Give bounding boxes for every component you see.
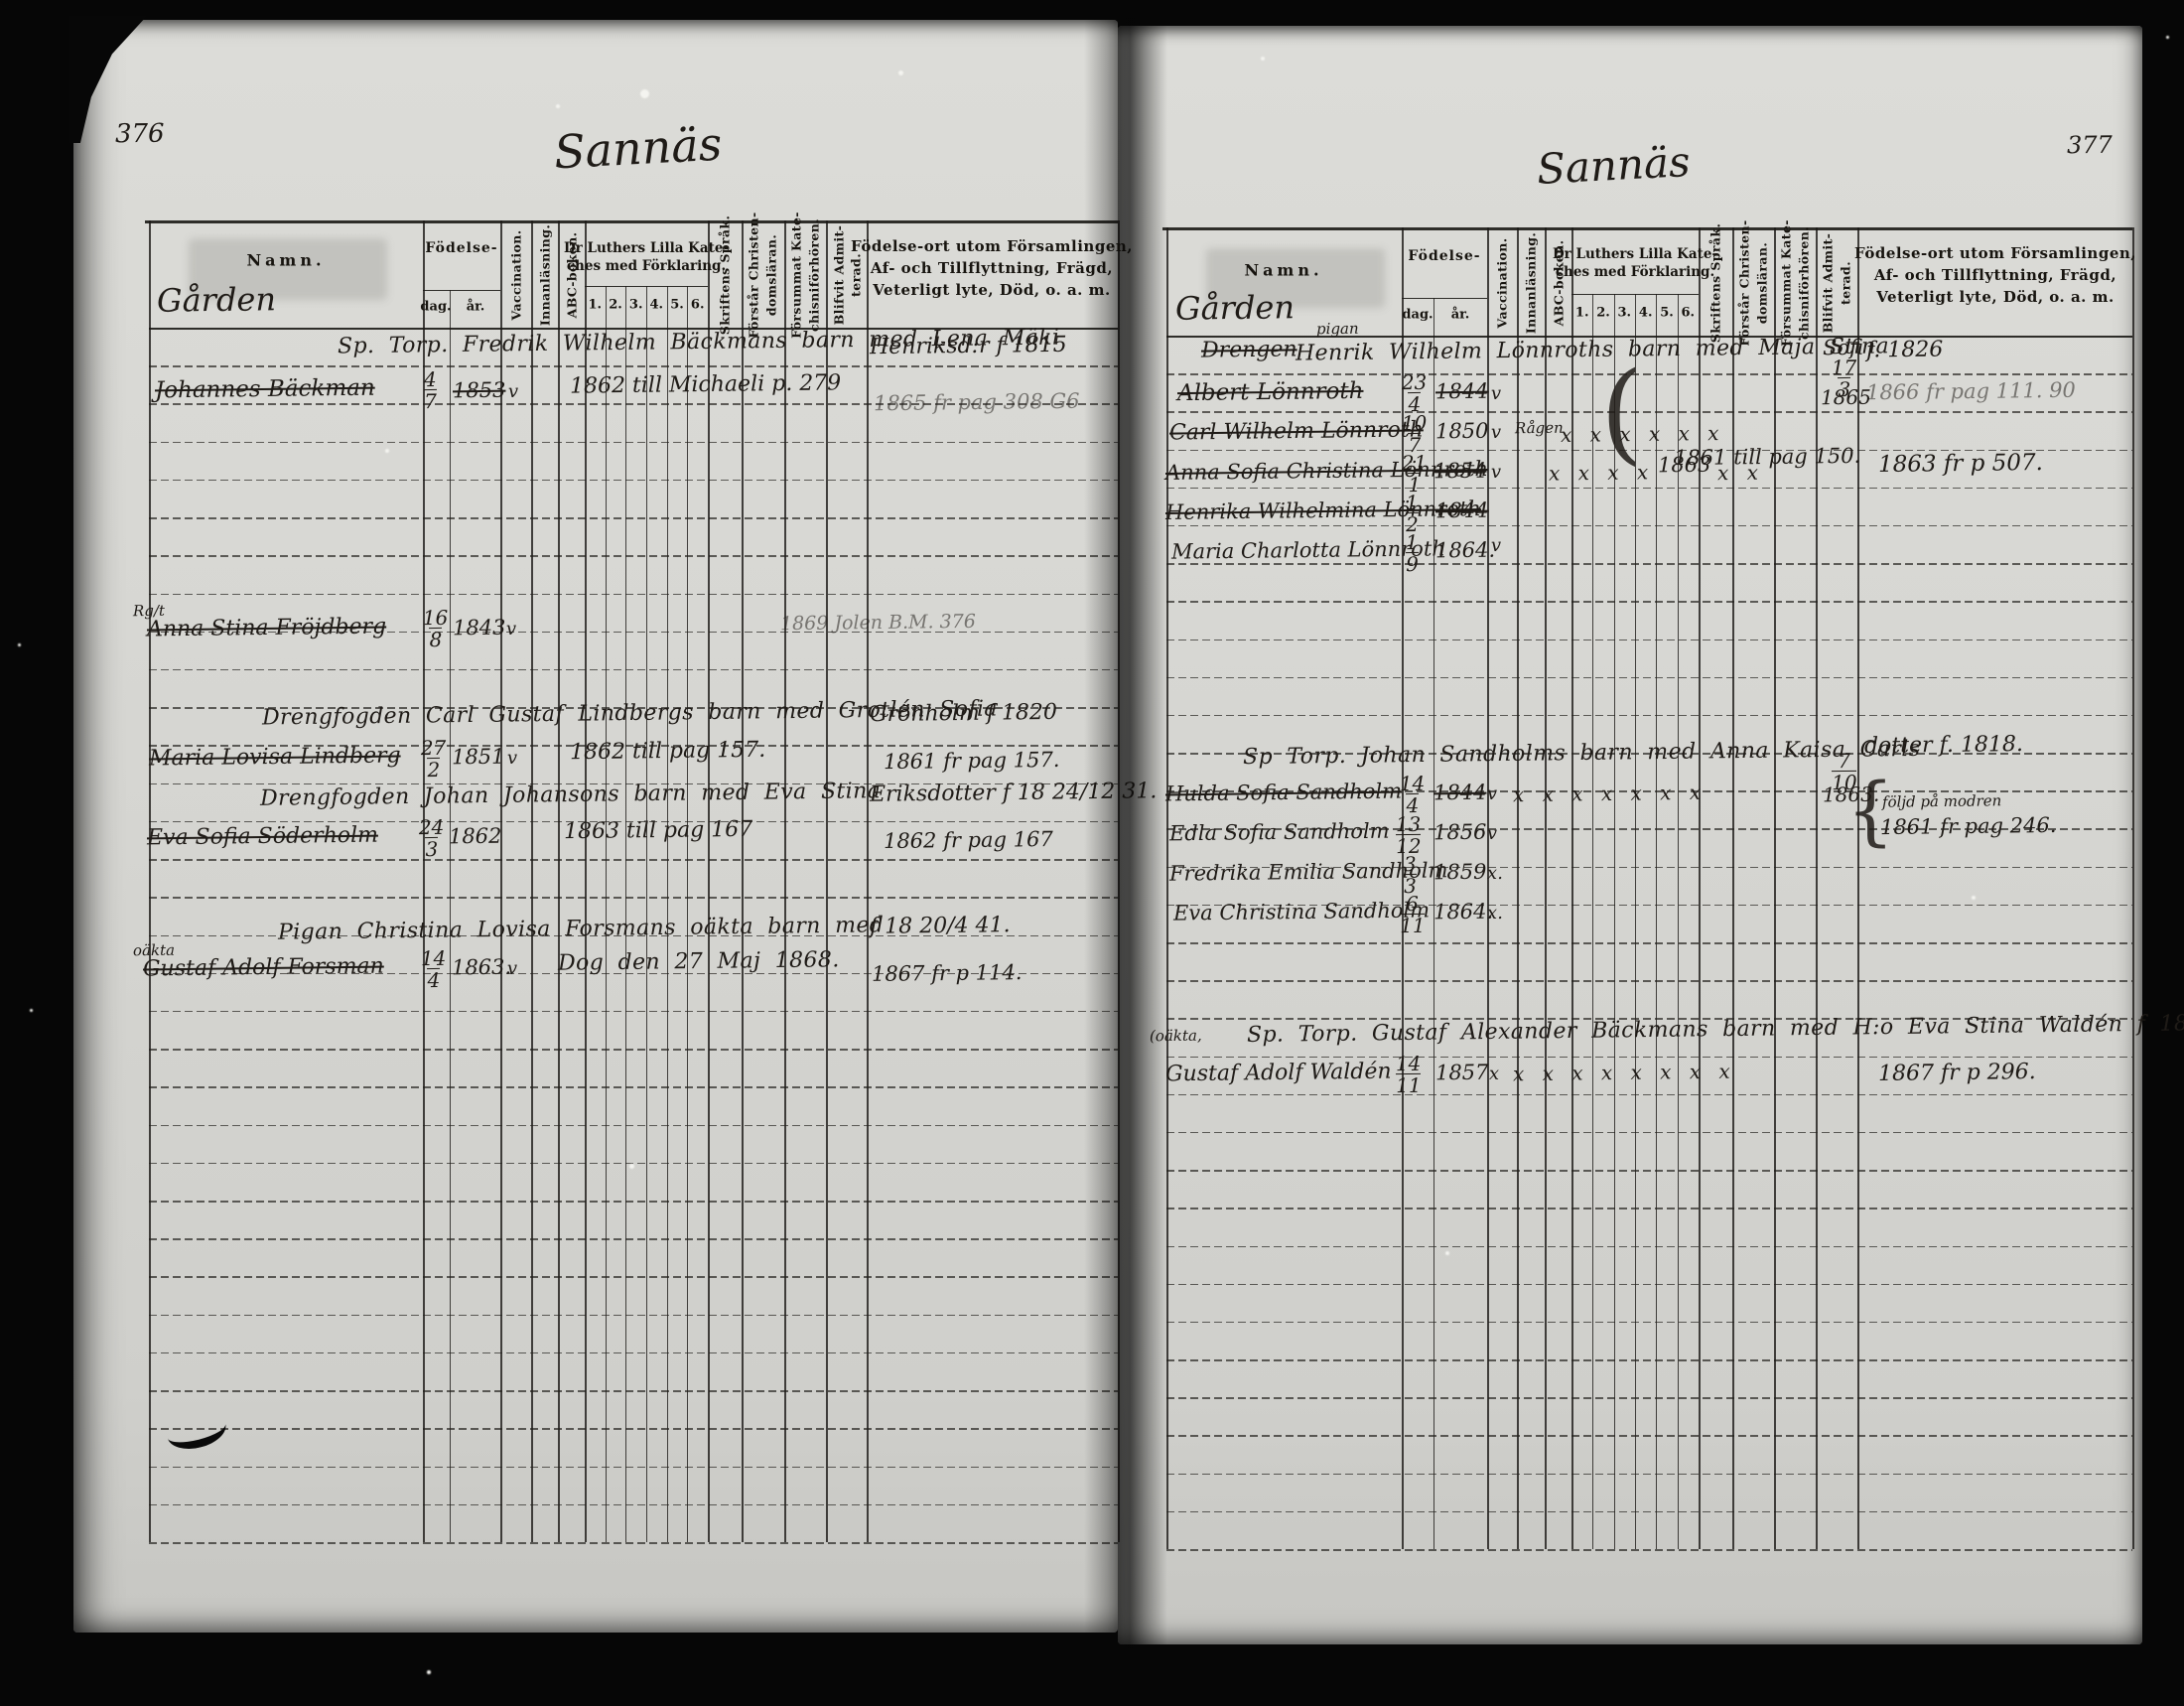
table-row-line <box>149 1086 1118 1088</box>
handwritten-entry: Henriksd:r f 1815 <box>870 335 1067 358</box>
handwritten-entry: 1844 <box>1433 782 1487 804</box>
handwritten-entry: v <box>1487 825 1497 843</box>
paper-speck <box>1445 1251 1449 1255</box>
page-title-left: Sannäs <box>553 121 723 176</box>
table-vertical-line <box>585 220 587 1542</box>
column-header-ar: år. <box>467 300 485 315</box>
handwritten-entry: x <box>1489 1066 1499 1083</box>
handwritten-entry: Anna Stina Fröjdberg <box>147 617 386 641</box>
table-horizontal-rule <box>1402 298 1487 299</box>
handwritten-entry: 1862 fr pag 167 <box>884 829 1053 852</box>
handwritten-entry: v <box>1491 424 1501 442</box>
column-header-fodelseort: Af- och Tillflyttning, Frägd, <box>871 259 1113 277</box>
table-row-line <box>1166 1246 2132 1248</box>
handwritten-entry: 144 <box>1400 774 1426 815</box>
handwritten-entry: Carl Wilhelm Lönnroth <box>1169 419 1424 444</box>
table-row-line <box>149 517 1118 519</box>
table-row-line <box>149 859 1118 861</box>
handwritten-entry: 1856 <box>1433 822 1487 844</box>
handwritten-entry: 1863 fr p 507. <box>1878 452 2043 477</box>
column-header-vaccination: Vaccination. <box>1495 238 1510 329</box>
table-row-line <box>1166 1057 2132 1059</box>
handwritten-entry: Rågen <box>1515 421 1564 437</box>
handwritten-entry: Gustaf Adolf Waldén <box>1165 1062 1392 1086</box>
column-header-kateches: ches med Förklaring. <box>1556 264 1714 280</box>
table-row-line <box>1166 1359 2132 1361</box>
handwritten-entry: f. 1826 <box>1866 340 1944 362</box>
scanned-book-spread: 376 377 Sannäs Sannäs Namn.Födelse-dag.å… <box>0 0 2184 1706</box>
table-vertical-line <box>1774 227 1776 1549</box>
column-header-fodelseort: Födelse-ort utom Församlingen, <box>851 237 1133 255</box>
handwritten-entry: Maria Charlotta Lönnroth <box>1171 538 1445 562</box>
column-header-forstar: domsläran. <box>764 234 779 316</box>
table-horizontal-rule <box>1162 227 2132 230</box>
paper-speck <box>30 1009 33 1012</box>
handwritten-entry: x x x x x x <box>1561 423 1725 445</box>
table-row-line <box>1166 373 2132 375</box>
handwritten-entry: 1869 Jolen B.M. 376 <box>780 613 976 634</box>
column-header-kateches-num: 2. <box>1596 306 1610 321</box>
paper-speck <box>629 1164 634 1169</box>
handwritten-entry: 107 <box>1402 413 1428 455</box>
handwritten-entry: 1411 <box>1396 1054 1422 1095</box>
table-vertical-line <box>1816 227 1818 1549</box>
table-vertical-line <box>1732 227 1734 1549</box>
column-header-fodelseort: Födelse-ort utom Församlingen, <box>1854 244 2136 262</box>
table-vertical-line <box>826 220 828 1542</box>
column-header-forsummat: Försummat Kate- <box>1779 219 1794 347</box>
table-row-line <box>1166 1549 2132 1551</box>
column-header-fodelseort: Veterligt lyte, Död, o. a. m. <box>1876 288 2114 306</box>
handwritten-entry: v <box>508 383 518 401</box>
column-header-innanlasning: Innanläsning. <box>1524 232 1539 334</box>
paper-speck <box>385 449 389 453</box>
paper-speck <box>556 104 560 108</box>
page-title-right: Sannäs <box>1536 141 1692 191</box>
handwritten-entry: 234 <box>1402 372 1428 414</box>
handwritten-entry: Gustaf Adolf Forsman <box>143 956 384 981</box>
column-header-namn: Namn. <box>1244 261 1322 280</box>
column-header-kateches-num: 3. <box>629 298 643 313</box>
handwritten-entry: Gården <box>1175 291 1295 324</box>
handwritten-entry: 1864. <box>1435 540 1495 562</box>
handwritten-entry: Edla Sofia Sandholm <box>1169 821 1390 845</box>
paper-speck <box>18 643 21 646</box>
handwritten-entry: v <box>1491 464 1501 482</box>
table-row-line <box>1166 1132 2132 1134</box>
handwritten-entry: 47 <box>424 369 437 411</box>
column-header-fodelse: Födelse- <box>425 240 497 256</box>
handwritten-entry: 1865 <box>1821 387 1871 408</box>
handwritten-entry: 1853 <box>453 380 506 402</box>
paper-speck <box>1972 896 1976 900</box>
table-row-line <box>149 442 1118 444</box>
handwritten-entry: 272 <box>421 738 447 780</box>
handwritten-entry: Eva Christina Sandholm <box>1173 900 1430 924</box>
table-row-line <box>1166 715 2132 717</box>
table-row-line <box>149 1390 1118 1392</box>
column-header-kateches-num: 2. <box>609 298 622 313</box>
handwritten-entry: x. <box>1487 905 1503 923</box>
handwritten-entry: Henrika Wilhelmina Lönnroth <box>1165 498 1481 523</box>
table-row-line <box>149 1201 1118 1203</box>
handwritten-entry: 243 <box>419 817 445 859</box>
table-row-line <box>1166 488 2132 490</box>
handwritten-entry: 1861 fr pag 157. <box>884 750 1060 773</box>
table-row-line <box>1166 1208 2132 1209</box>
column-header-kateches-num: 6. <box>691 298 705 313</box>
column-header-kateches-num: 5. <box>1660 306 1674 321</box>
table-row-line <box>149 1467 1118 1469</box>
handwritten-entry: x x x x <box>1549 462 1654 483</box>
handwritten-entry: v <box>507 750 517 768</box>
handwritten-entry: v <box>507 960 517 978</box>
handwritten-entry: Grönholm f 1820 <box>870 702 1057 726</box>
table-row-line <box>149 897 1118 899</box>
column-header-blifvit: Blifvit Admit- <box>1821 233 1836 334</box>
column-header-innanlasning: Innanläsning. <box>537 224 552 326</box>
handwritten-entry: (oäkta, <box>1150 1029 1202 1045</box>
paper-speck <box>1261 57 1265 61</box>
column-header-fodelseort: Veterligt lyte, Död, o. a. m. <box>873 281 1110 299</box>
table-vertical-line <box>2132 227 2134 1549</box>
column-header-forsummat: chisniförhören. <box>807 218 822 332</box>
handwritten-entry: 1866 fr pag 111. 90 <box>1866 380 2076 404</box>
handwritten-entry: 1844 <box>1435 500 1489 522</box>
column-header-kateches-num: 4. <box>1639 306 1653 321</box>
handwritten-entry: 611 <box>1400 894 1426 935</box>
table-row-line <box>1166 563 2132 565</box>
column-header-forstar: Förstår Christen- <box>1737 219 1752 346</box>
handwritten-entry: 1843 <box>453 618 506 640</box>
handwritten-entry: x x x x x x x <box>1513 782 1706 804</box>
handwritten-entry: 1844 <box>1435 381 1489 403</box>
handwritten-entry: 19 <box>1406 532 1419 574</box>
paper-speck <box>640 89 649 98</box>
table-row-line <box>1166 1322 2132 1324</box>
table-vertical-line <box>149 220 151 1542</box>
table-row-line <box>1166 525 2132 527</box>
handwritten-entry: pigan <box>1316 322 1359 338</box>
handwritten-entry: 1863 till pag 167 <box>564 819 752 843</box>
column-header-ar: år. <box>1451 308 1470 323</box>
table-vertical-line <box>500 220 502 1542</box>
table-row-line <box>1166 1397 2132 1399</box>
table-row-line <box>149 594 1118 596</box>
table-row-line <box>149 1428 1118 1430</box>
handwritten-entry: f 18 20/4 41. <box>870 915 1011 938</box>
column-header-kateches-num: 6. <box>1682 306 1696 321</box>
table-row-line <box>149 1238 1118 1240</box>
handwritten-entry: 1862 <box>449 826 502 848</box>
table-vertical-line <box>558 220 560 1542</box>
handwritten-entry: x x <box>1717 463 1764 484</box>
table-row-line <box>149 1542 1118 1544</box>
handwritten-entry: 1867 fr p 296. <box>1878 1062 2036 1085</box>
handwritten-entry: dotter f. 1818. <box>1864 734 2023 758</box>
column-header-forstar: Förstår Christen- <box>747 212 761 338</box>
column-header-blifvit: terad. <box>849 253 864 297</box>
handwritten-entry: v <box>1487 785 1497 803</box>
table-row-line <box>1166 601 2132 603</box>
column-header-blifvit: terad. <box>1839 261 1853 305</box>
paper-speck <box>427 1670 431 1674</box>
handwritten-entry: 1857 <box>1435 1063 1489 1084</box>
handwritten-entry: v <box>1491 385 1501 403</box>
page-number-left: 376 <box>115 121 165 148</box>
handwritten-entry: följd på modren <box>1882 793 2001 809</box>
handwritten-entry: 1863. <box>452 957 511 979</box>
table-vertical-line <box>423 220 425 1542</box>
column-header-kateches-num: 1. <box>1575 306 1589 321</box>
table-row-line <box>149 1011 1118 1013</box>
table-vertical-line <box>1118 220 1120 1542</box>
table-vertical-line <box>1857 227 1859 1549</box>
table-row-line <box>149 555 1118 557</box>
column-header-fodelseort: Af- och Tillflyttning, Frägd, <box>1874 266 2116 284</box>
page-number-right: 377 <box>2067 133 2113 158</box>
table-row-line <box>149 1315 1118 1317</box>
column-header-kateches-num: 5. <box>670 298 684 313</box>
table-row-line <box>1166 1474 2132 1476</box>
column-header-kateches: ches med Förklaring. <box>567 258 726 274</box>
column-header-dag: dag. <box>420 300 451 315</box>
table-row-line <box>1166 1284 2132 1286</box>
table-row-line <box>1166 1511 2132 1513</box>
handwritten-entry: 12 <box>1406 493 1419 534</box>
handwritten-entry: 1850 <box>1435 421 1489 443</box>
handwritten-entry: 1864. <box>1433 902 1493 924</box>
handwritten-entry: 168 <box>423 608 449 649</box>
handwritten-entry: v <box>506 621 516 639</box>
handwritten-entry: Hulda Sofia Sandholm <box>1165 782 1402 805</box>
handwritten-entry: 1312 <box>1396 814 1422 856</box>
column-header-kateches-num: 4. <box>650 298 664 313</box>
column-header-forsummat: chisniförhören. <box>1797 226 1812 340</box>
handwritten-entry: 1862 till pag 157. <box>570 740 765 764</box>
table-vertical-line <box>784 220 786 1542</box>
table-vertical-line <box>708 220 710 1542</box>
table-row-line <box>1166 980 2132 982</box>
handwritten-entry: Johannes Bäckman <box>155 377 375 403</box>
column-header-dag: dag. <box>1402 308 1433 323</box>
column-header-blifvit: Blifvit Admit- <box>832 225 847 326</box>
table-row-line <box>1166 411 2132 413</box>
table-vertical-line <box>450 290 451 1542</box>
handwritten-entry: Gården <box>157 283 276 316</box>
handwritten-entry: x x x x x x x x <box>1513 1062 1736 1084</box>
table-row-line <box>149 669 1118 671</box>
handwritten-entry: 211 <box>1402 453 1428 495</box>
table-row-line <box>149 1352 1118 1354</box>
table-vertical-line <box>742 220 744 1542</box>
handwritten-entry: Albert Lönnroth <box>1177 380 1364 405</box>
table-row-line <box>149 1049 1118 1051</box>
table-row-line <box>1166 1170 2132 1172</box>
table-row-line <box>1166 1094 2132 1096</box>
handwritten-entry: 1861 fr pag 246. <box>1880 815 2057 838</box>
handwritten-entry: 33 <box>1404 854 1417 896</box>
paper-speck <box>2166 36 2169 39</box>
handwritten-entry: ( <box>1600 363 1643 462</box>
table-row-line <box>149 365 1118 367</box>
column-header-forsummat: Försummat Kate- <box>789 212 804 339</box>
handwritten-entry: Drengen <box>1201 339 1297 361</box>
table-row-line <box>1166 942 2132 944</box>
table-row-line <box>149 480 1118 482</box>
handwritten-entry: v <box>1491 537 1501 555</box>
handwritten-entry: 1854 <box>1433 461 1487 483</box>
table-vertical-line <box>867 220 869 1542</box>
handwritten-entry: 1863 <box>1658 455 1711 477</box>
table-row-line <box>149 1504 1118 1506</box>
column-header-kateches-num: 1. <box>589 298 603 313</box>
column-header-fodelse: Födelse- <box>1408 248 1480 264</box>
column-header-skriftens-sprak: Skriftens Språk. <box>1708 223 1723 343</box>
table-row-line <box>149 1276 1118 1278</box>
table-row-line <box>1166 677 2132 679</box>
table-horizontal-rule <box>145 220 1118 223</box>
handwritten-entry: 1851 <box>452 747 505 769</box>
handwritten-entry: Eriksdotter f 18 24/12 31. <box>870 781 1158 806</box>
column-header-namn: Namn. <box>246 251 325 270</box>
table-vertical-line <box>531 220 533 1542</box>
table-horizontal-rule <box>423 290 500 291</box>
table-row-line <box>1166 640 2132 641</box>
handwritten-entry: 1867 fr p 114. <box>872 962 1023 985</box>
handwritten-entry: 1865 fr pag 308 G6 <box>874 391 1080 415</box>
column-header-kateches: Dr Luthers Lilla Kate- <box>564 240 729 256</box>
handwritten-entry: x. <box>1487 865 1503 883</box>
column-header-forstar: domsläran. <box>1755 242 1770 324</box>
table-vertical-line <box>1166 227 1168 1549</box>
column-header-kateches: Dr Luthers Lilla Kate- <box>1553 246 1717 262</box>
handwritten-entry: 1859 <box>1433 862 1487 884</box>
table-row-line <box>149 1125 1118 1127</box>
handwritten-entry: Dog den 27 Maj 1868. <box>558 949 840 974</box>
column-header-skriftens-sprak: Skriftens Språk. <box>718 215 733 335</box>
handwritten-entry: Eva Sofia Söderholm <box>147 825 378 850</box>
column-header-vaccination: Vaccination. <box>508 230 523 321</box>
handwritten-entry: Maria Lovisa Lindberg <box>149 745 401 770</box>
table-row-line <box>1166 1435 2132 1437</box>
handwritten-entry: 1862 till Michaeli p. 279 <box>570 372 841 397</box>
paper-speck <box>898 71 903 75</box>
handwritten-entry: 144 <box>421 948 447 990</box>
column-header-kateches-num: 3. <box>1618 306 1632 321</box>
